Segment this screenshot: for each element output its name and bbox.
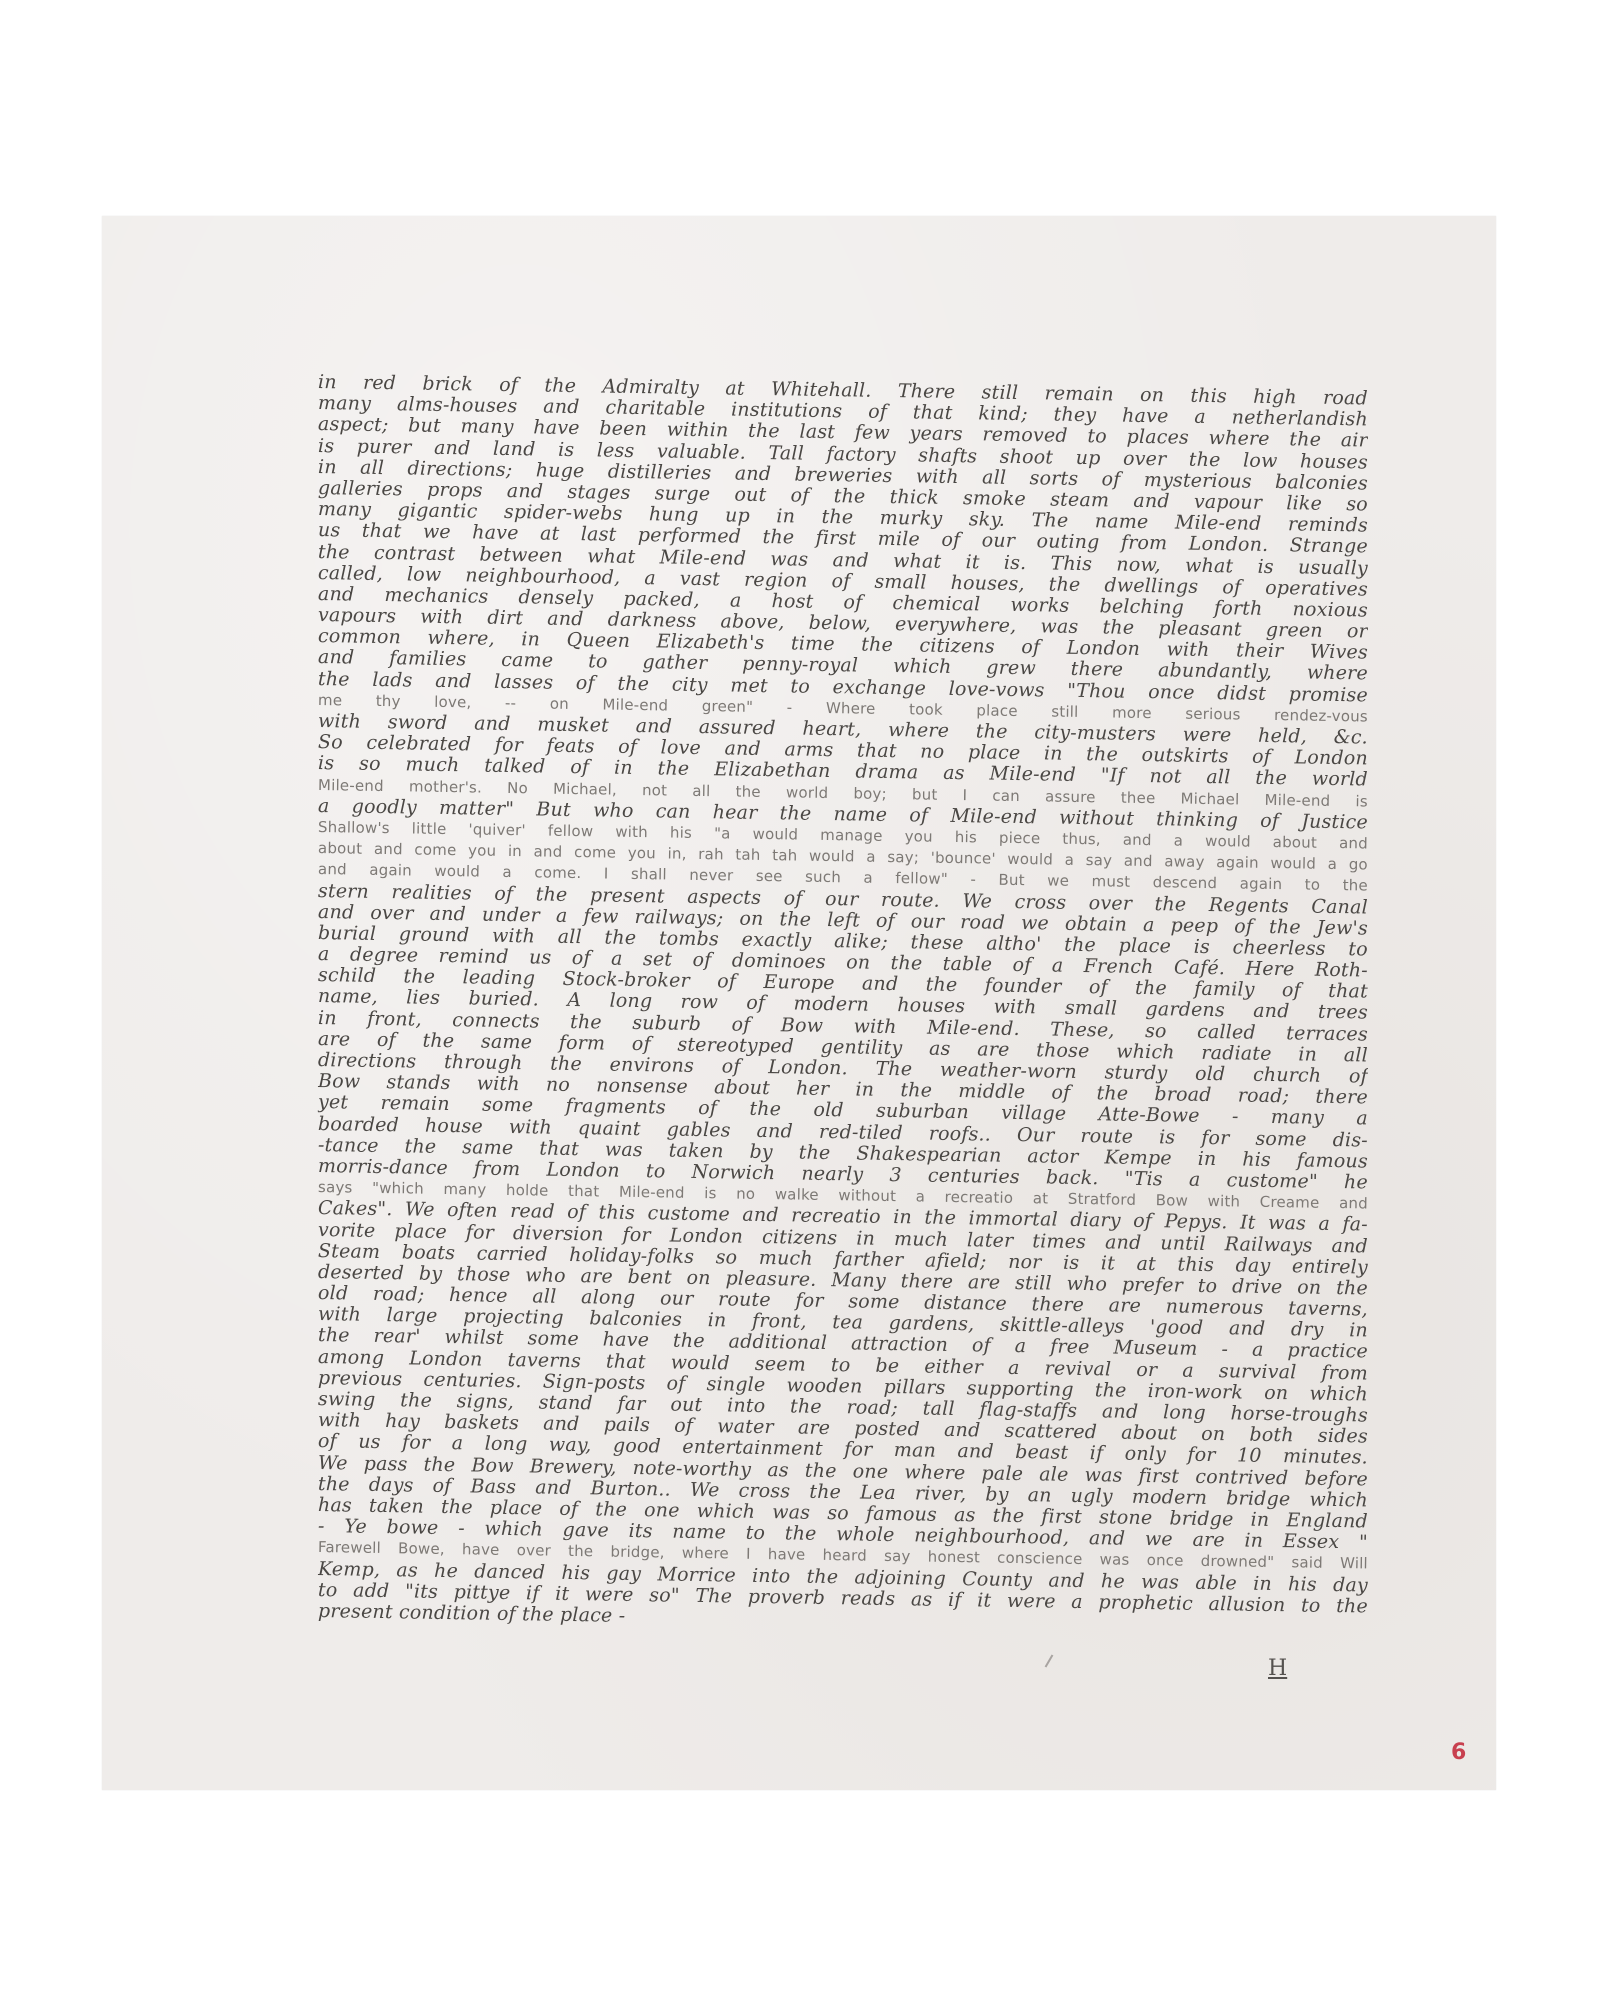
page-number: 6: [1451, 1740, 1466, 1765]
handwritten-text-block: in red brick of the Admiralty at Whiteha…: [318, 372, 1368, 1622]
signature-initial: H: [1268, 1656, 1287, 1681]
